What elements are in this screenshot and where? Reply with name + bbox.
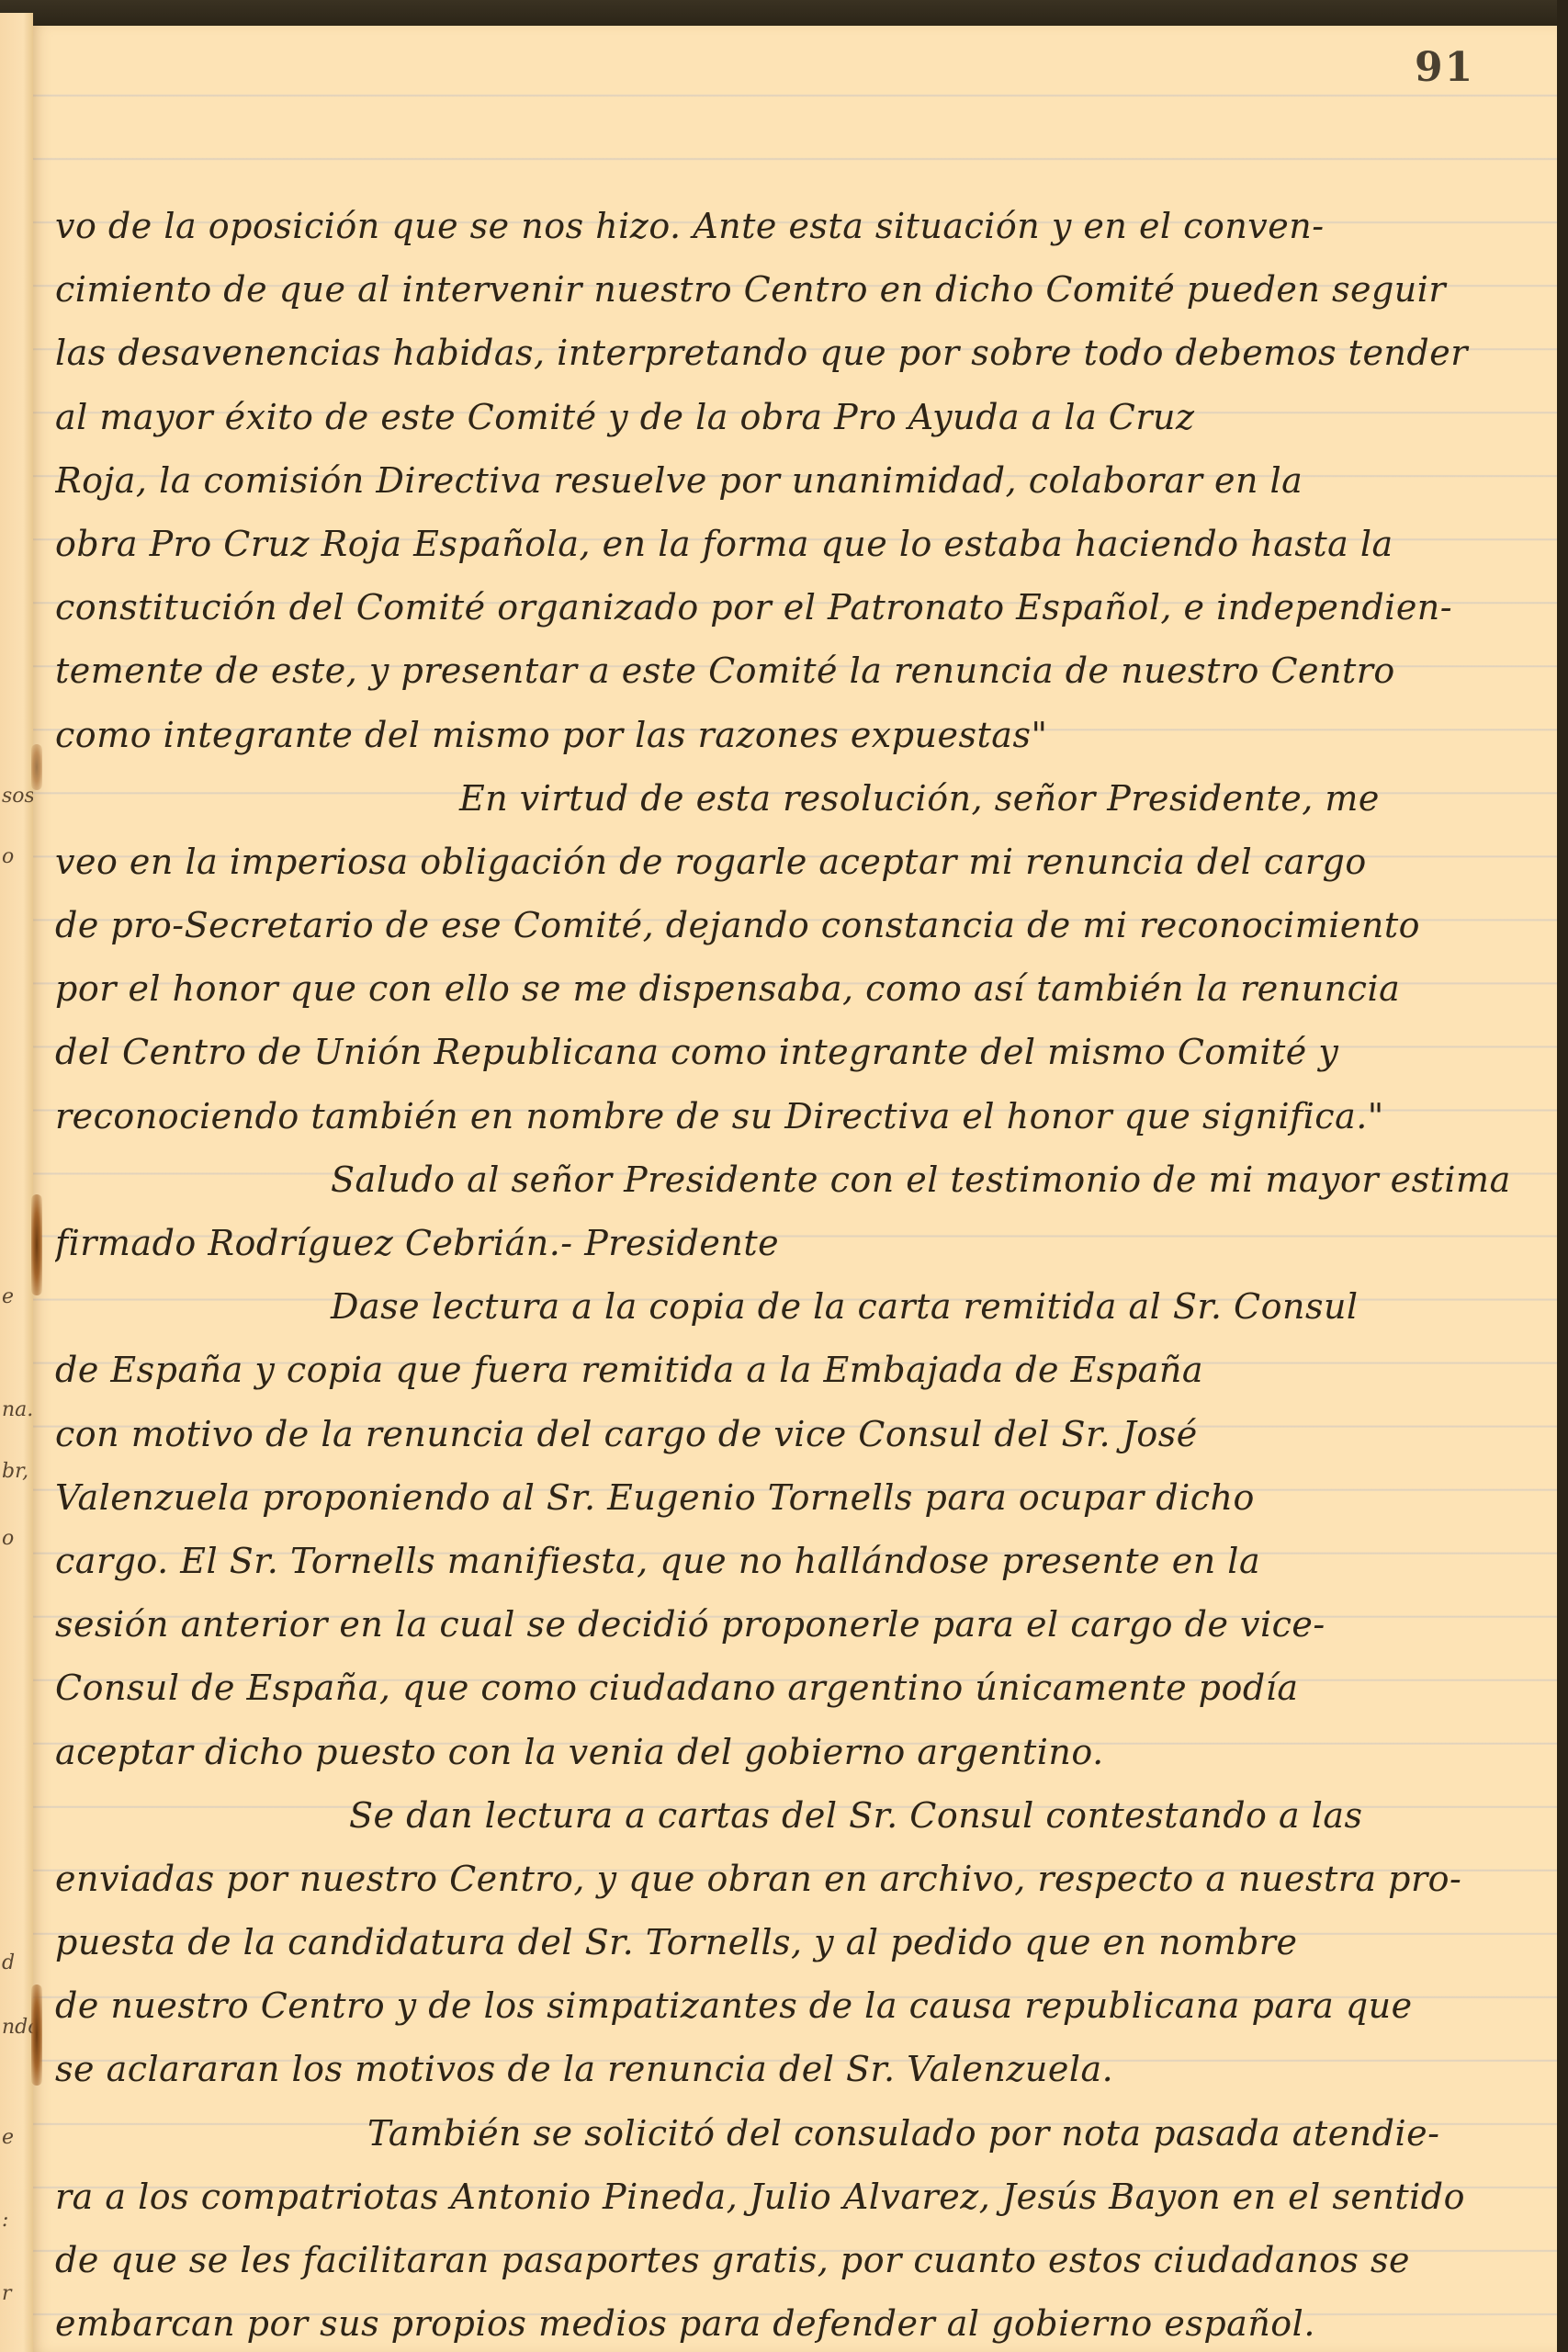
text-line: aceptar dicho puesto con la venia del go… — [55, 1721, 1516, 1784]
text-line: se aclararan los motivos de la renuncia … — [55, 2038, 1516, 2101]
text-line: de España y copia que fuera remitida a l… — [55, 1339, 1516, 1402]
margin-fragment: br, — [2, 1460, 28, 1483]
text-line: por el honor que con ello se me dispensa… — [55, 957, 1516, 1021]
text-line: enviadas por nuestro Centro, y que obran… — [55, 1848, 1516, 1911]
margin-fragment: o — [2, 1527, 14, 1550]
book-edge-backdrop — [1557, 0, 1568, 2352]
book-cover-backdrop — [0, 0, 1568, 28]
handwritten-minutes: vo de la oposición que se nos hizo. Ante… — [55, 195, 1516, 2352]
text-line: veo en la imperiosa obligación de rogarl… — [55, 831, 1516, 894]
text-line: vo de la oposición que se nos hizo. Ante… — [55, 195, 1516, 258]
text-line: Valenzuela proponiendo al Sr. Eugenio To… — [55, 1466, 1516, 1530]
rust-stain — [31, 1194, 42, 1295]
text-line: obra Pro Cruz Roja Española, en la forma… — [55, 513, 1516, 576]
text-line: temente de este, y presentar a este Comi… — [55, 639, 1516, 703]
margin-fragment: d — [2, 1951, 15, 1974]
text-line: de pro-Secretario de ese Comité, dejando… — [55, 894, 1516, 957]
margin-fragment: r — [2, 2282, 12, 2305]
text-line: al mayor éxito de este Comité y de la ob… — [55, 386, 1516, 449]
rust-stain — [31, 744, 42, 790]
margin-fragment: o — [2, 845, 14, 868]
paragraph-start-line: También se solicitó del consulado por no… — [55, 2102, 1516, 2165]
text-line: Consul de España, que como ciudadano arg… — [55, 1657, 1516, 1720]
text-line: constitución del Comité organizado por e… — [55, 576, 1516, 639]
rust-stain — [31, 1984, 42, 2086]
page-number: 91 — [1415, 44, 1474, 91]
paragraph-start-line: En virtud de esta resolución, señor Pres… — [55, 767, 1516, 831]
text-line: de nuestro Centro y de los simpatizantes… — [55, 1974, 1516, 2038]
paragraph-start-line: Dase lectura a la copia de la carta remi… — [55, 1275, 1516, 1339]
text-line: las desavenencias habidas, interpretando… — [55, 322, 1516, 385]
text-line: ra a los compatriotas Antonio Pineda, Ju… — [55, 2165, 1516, 2229]
text-line: del Centro de Unión Republicana como int… — [55, 1021, 1516, 1084]
facing-page-edge: sos o e na. br, o d ndos e : r — [0, 13, 33, 2352]
text-line: puesta de la candidatura del Sr. Tornell… — [55, 1911, 1516, 1974]
paragraph-start-line: Se dan lectura a cartas del Sr. Consul c… — [55, 1784, 1516, 1848]
text-line: cimiento de que al intervenir nuestro Ce… — [55, 258, 1516, 322]
margin-fragment: e — [2, 2126, 14, 2149]
text-line: reconociendo también en nombre de su Dir… — [55, 1085, 1516, 1148]
margin-fragment: e — [2, 1285, 14, 1308]
text-line: Roja, la comisión Directiva resuelve por… — [55, 449, 1516, 513]
margin-fragment: sos — [2, 785, 33, 808]
text-line: sesión anterior en la cual se decidió pr… — [55, 1593, 1516, 1657]
text-line: embarcan por sus propios medios para def… — [55, 2292, 1516, 2352]
margin-fragment: : — [2, 2209, 8, 2232]
paragraph-start-line: Saludo al señor Presidente con el testim… — [55, 1148, 1516, 1212]
text-line: cargo. El Sr. Tornells manifiesta, que n… — [55, 1530, 1516, 1593]
text-line: de que se les facilitaran pasaportes gra… — [55, 2229, 1516, 2292]
margin-fragment: ndos — [2, 2016, 33, 2039]
signature-line: firmado Rodríguez Cebrián.- Presidente — [55, 1212, 1516, 1275]
margin-fragment: na. — [2, 1398, 33, 1421]
text-line: con motivo de la renuncia del cargo de v… — [55, 1403, 1516, 1466]
text-line: como integrante del mismo por las razone… — [55, 704, 1516, 767]
